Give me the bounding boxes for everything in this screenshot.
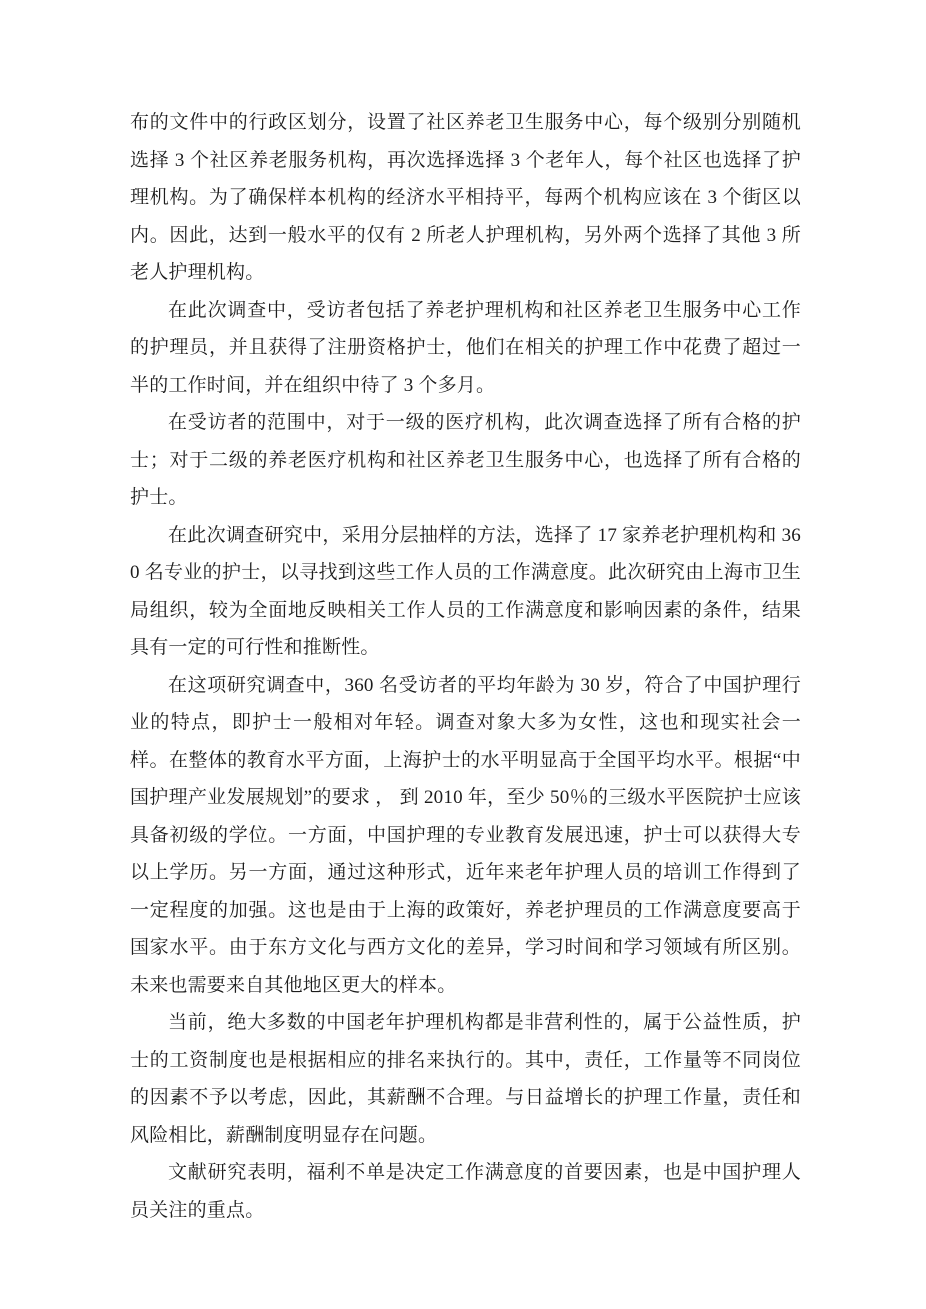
paragraph-3: 在受访者的范围中，对于一级的医疗机构，此次调查选择了所有合格的护士；对于二级的养… — [130, 404, 801, 517]
paragraph-7: 文献研究表明，福利不单是决定工作满意度的首要因素，也是中国护理人员关注的重点。 — [130, 1154, 801, 1229]
paragraph-2: 在此次调查中，受访者包括了养老护理机构和社区养老卫生服务中心工作的护理员，并且获… — [130, 292, 801, 405]
paragraph-1: 布的文件中的行政区划分，设置了社区养老卫生服务中心，每个级别分别随机选择 3 个… — [130, 104, 801, 292]
paragraph-4: 在此次调查研究中，采用分层抽样的方法，选择了 17 家养老护理机构和 360 名… — [130, 517, 801, 667]
document-body: 布的文件中的行政区划分，设置了社区养老卫生服务中心，每个级别分别随机选择 3 个… — [130, 104, 801, 1229]
paragraph-6: 当前，绝大多数的中国老年护理机构都是非营利性的，属于公益性质，护士的工资制度也是… — [130, 1004, 801, 1154]
paragraph-5: 在这项研究调查中，360 名受访者的平均年龄为 30 岁，符合了中国护理行业的特… — [130, 667, 801, 1005]
document-page: 布的文件中的行政区划分，设置了社区养老卫生服务中心，每个级别分别随机选择 3 个… — [0, 0, 926, 1309]
